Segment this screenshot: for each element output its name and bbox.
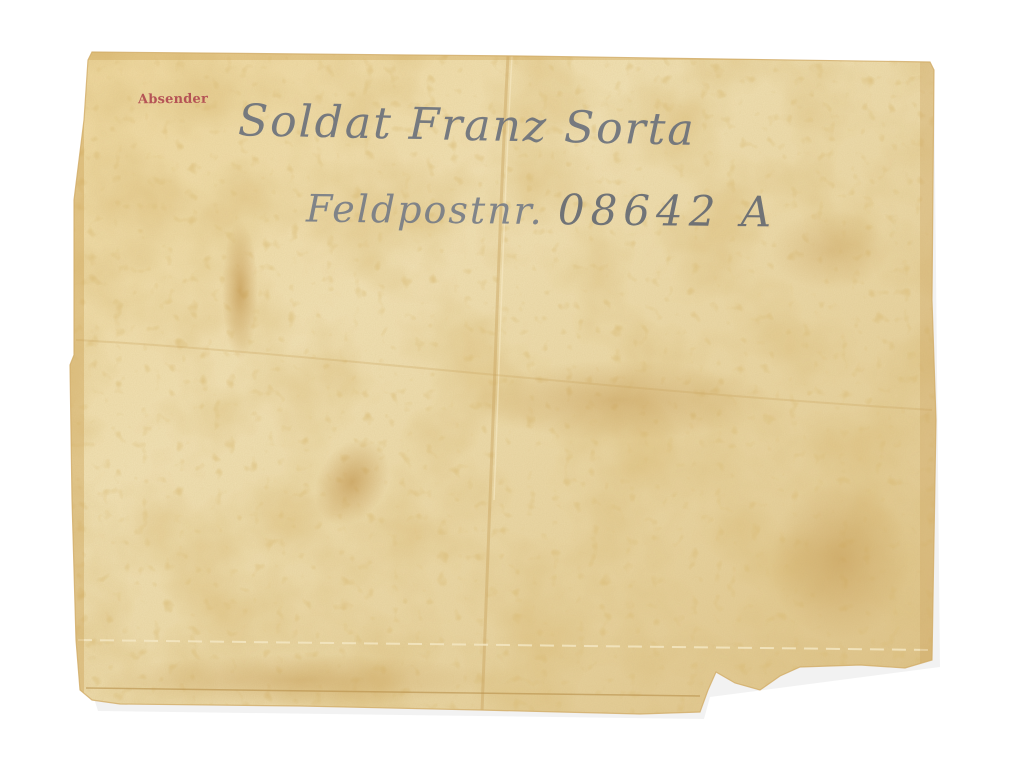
photo-scene: Absender Soldat Franz Sorta Feldpostnr. … — [0, 0, 1024, 768]
fieldpost-number: 08642 A — [558, 185, 778, 236]
sender-name-handwriting: Soldat Franz Sorta — [238, 95, 697, 156]
fieldpost-number-handwriting: Feldpostnr. 08642 A — [306, 183, 778, 237]
fieldpost-prefix: Feldpostnr. — [306, 187, 544, 233]
sender-stamp: Absender — [138, 92, 208, 108]
